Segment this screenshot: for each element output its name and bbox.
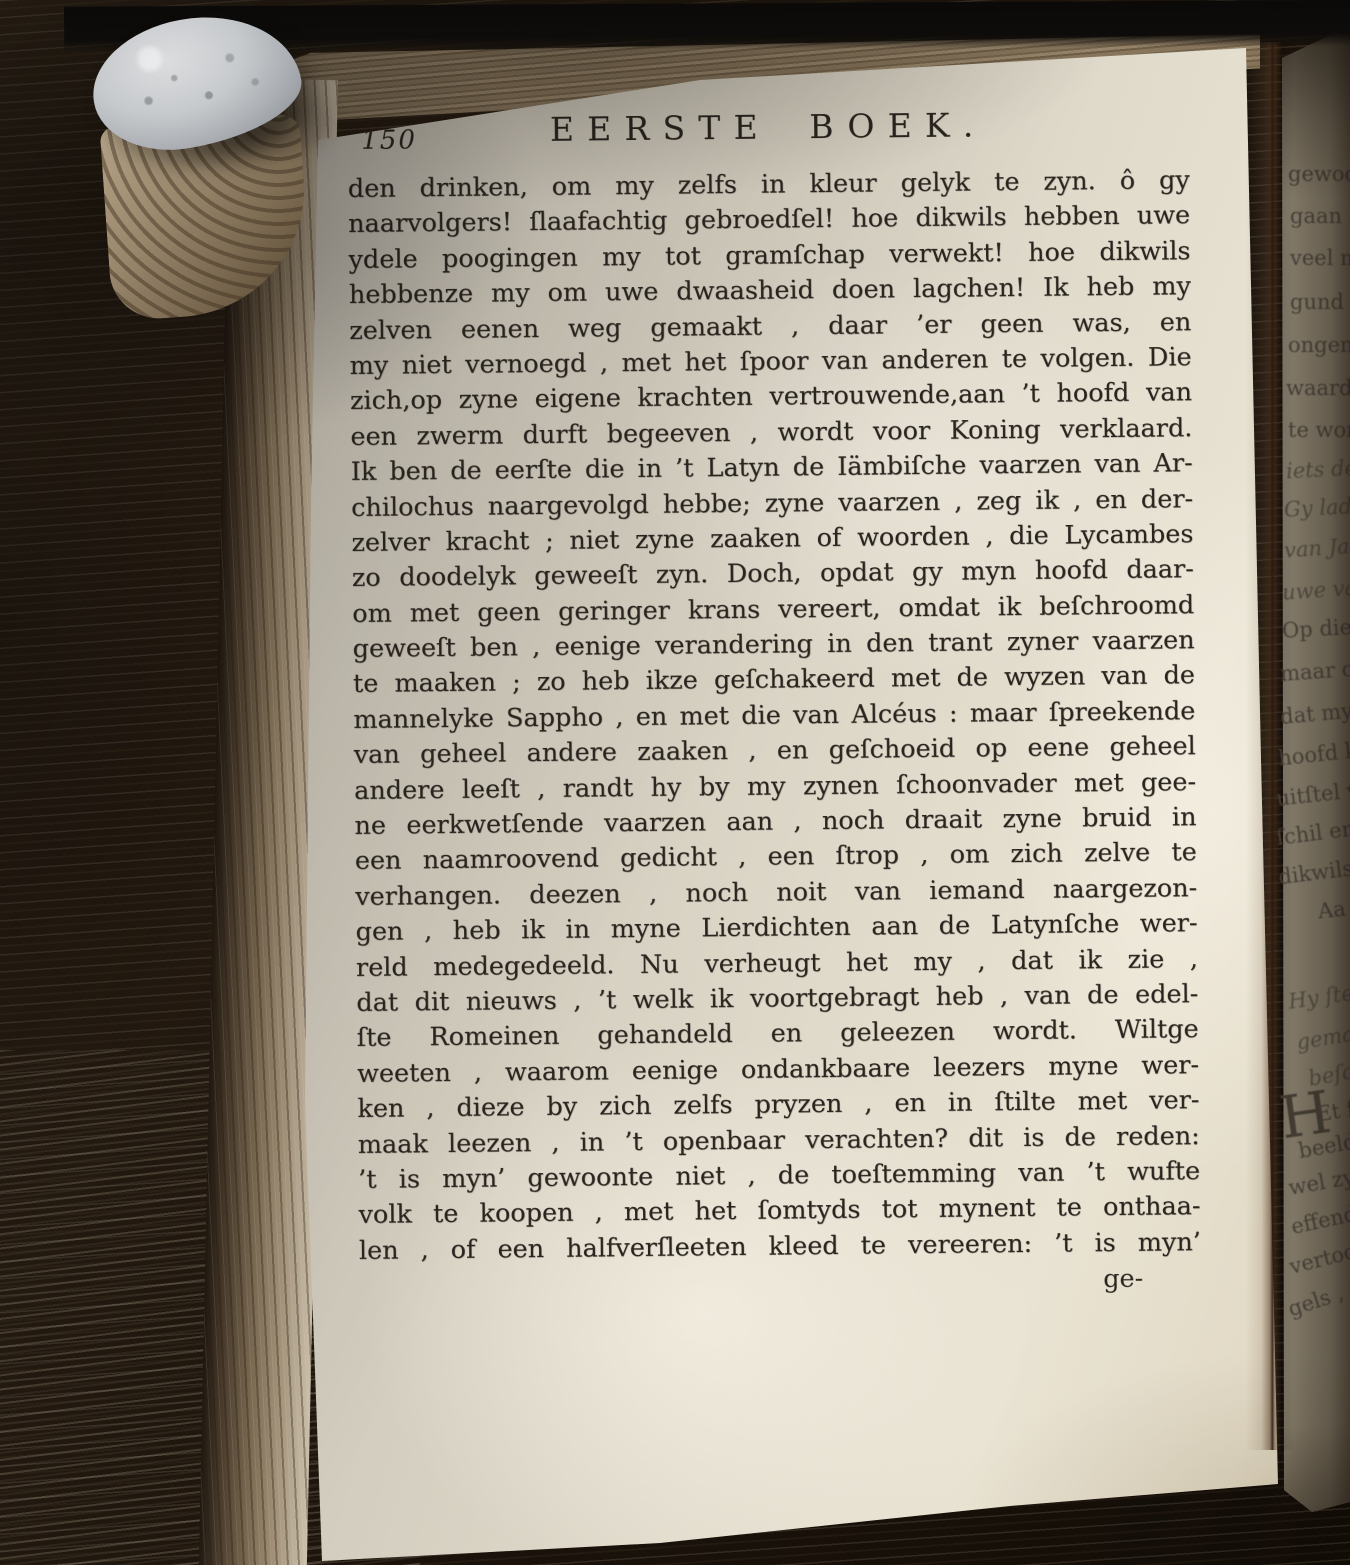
right-page-fragment: ongenoeg — [1288, 333, 1350, 357]
printed-text-block: 150 EERSTE BOEK. den drinken, om my zelf… — [347, 103, 1201, 1305]
right-page-fragment: Aa — [1317, 897, 1347, 924]
right-page-fragment: gaan ho — [1290, 204, 1350, 228]
right-page-fragment: te worden — [1288, 418, 1350, 442]
book-photo-scene: 150 EERSTE BOEK. den drinken, om my zelf… — [0, 0, 1350, 1565]
right-page-fragment: waardig — [1286, 376, 1350, 400]
body-text: den drinken, om my zelfs in kleur gelyk … — [348, 163, 1202, 1305]
right-page-fragment: gund te — [1290, 290, 1350, 314]
right-page-fragment: gewoon — [1288, 162, 1350, 186]
right-page-fragment: veel mi — [1290, 246, 1350, 270]
gutter-shadow — [1246, 42, 1294, 1450]
